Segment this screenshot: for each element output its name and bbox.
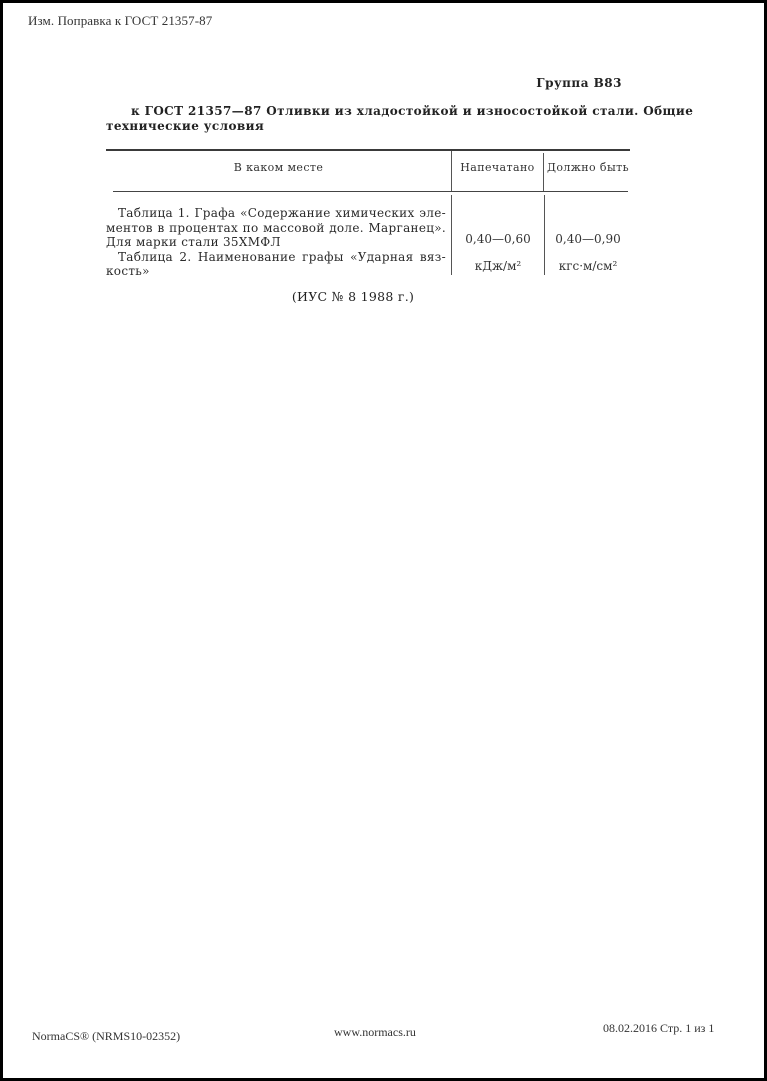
amendment-header: Изм. Поправка к ГОСТ 21357-87 [28,13,212,29]
corrected-unit: кгс·м/см² [545,259,631,273]
table-top-rule [106,149,630,151]
where-line: кость» [106,264,446,279]
column-header-should-be: Должно быть [545,161,631,174]
table-row: Таблица 1. Графа «Содержание химических … [106,206,446,279]
footer-page-info: 08.02.2016 Стр. 1 из 1 [603,1021,714,1036]
column-header-printed: Напечатано [452,161,543,174]
source-note: (ИУС № 8 1988 г.) [253,289,453,304]
column-header-where: В каком месте [106,161,451,174]
group-label: Группа В83 [536,76,622,90]
table-header-rule [113,191,628,192]
where-line: Таблица 2. Наименование графы «Ударная в… [106,250,446,265]
title-line-1: к ГОСТ 21357—87 Отливки из хладостойкой … [106,104,629,119]
footer-product: NormaCS® (NRMS10-02352) [32,1029,180,1044]
title-line-2: технические условия [106,119,629,134]
printed-value: 0,40—0,60 [452,232,544,246]
where-line: Для марки стали 35ХМФЛ [106,235,446,250]
column-divider [543,153,544,191]
footer-website-link[interactable]: www.normacs.ru [334,1025,416,1040]
where-line: Таблица 1. Графа «Содержание химических … [106,206,446,221]
corrected-value: 0,40—0,90 [545,232,631,246]
where-line: ментов в процентах по массовой доле. Мар… [106,221,446,236]
document-page: Изм. Поправка к ГОСТ 21357-87 Группа В83… [0,0,767,1081]
printed-unit: кДж/м² [452,259,544,273]
document-title: к ГОСТ 21357—87 Отливки из хладостойкой … [106,104,629,134]
